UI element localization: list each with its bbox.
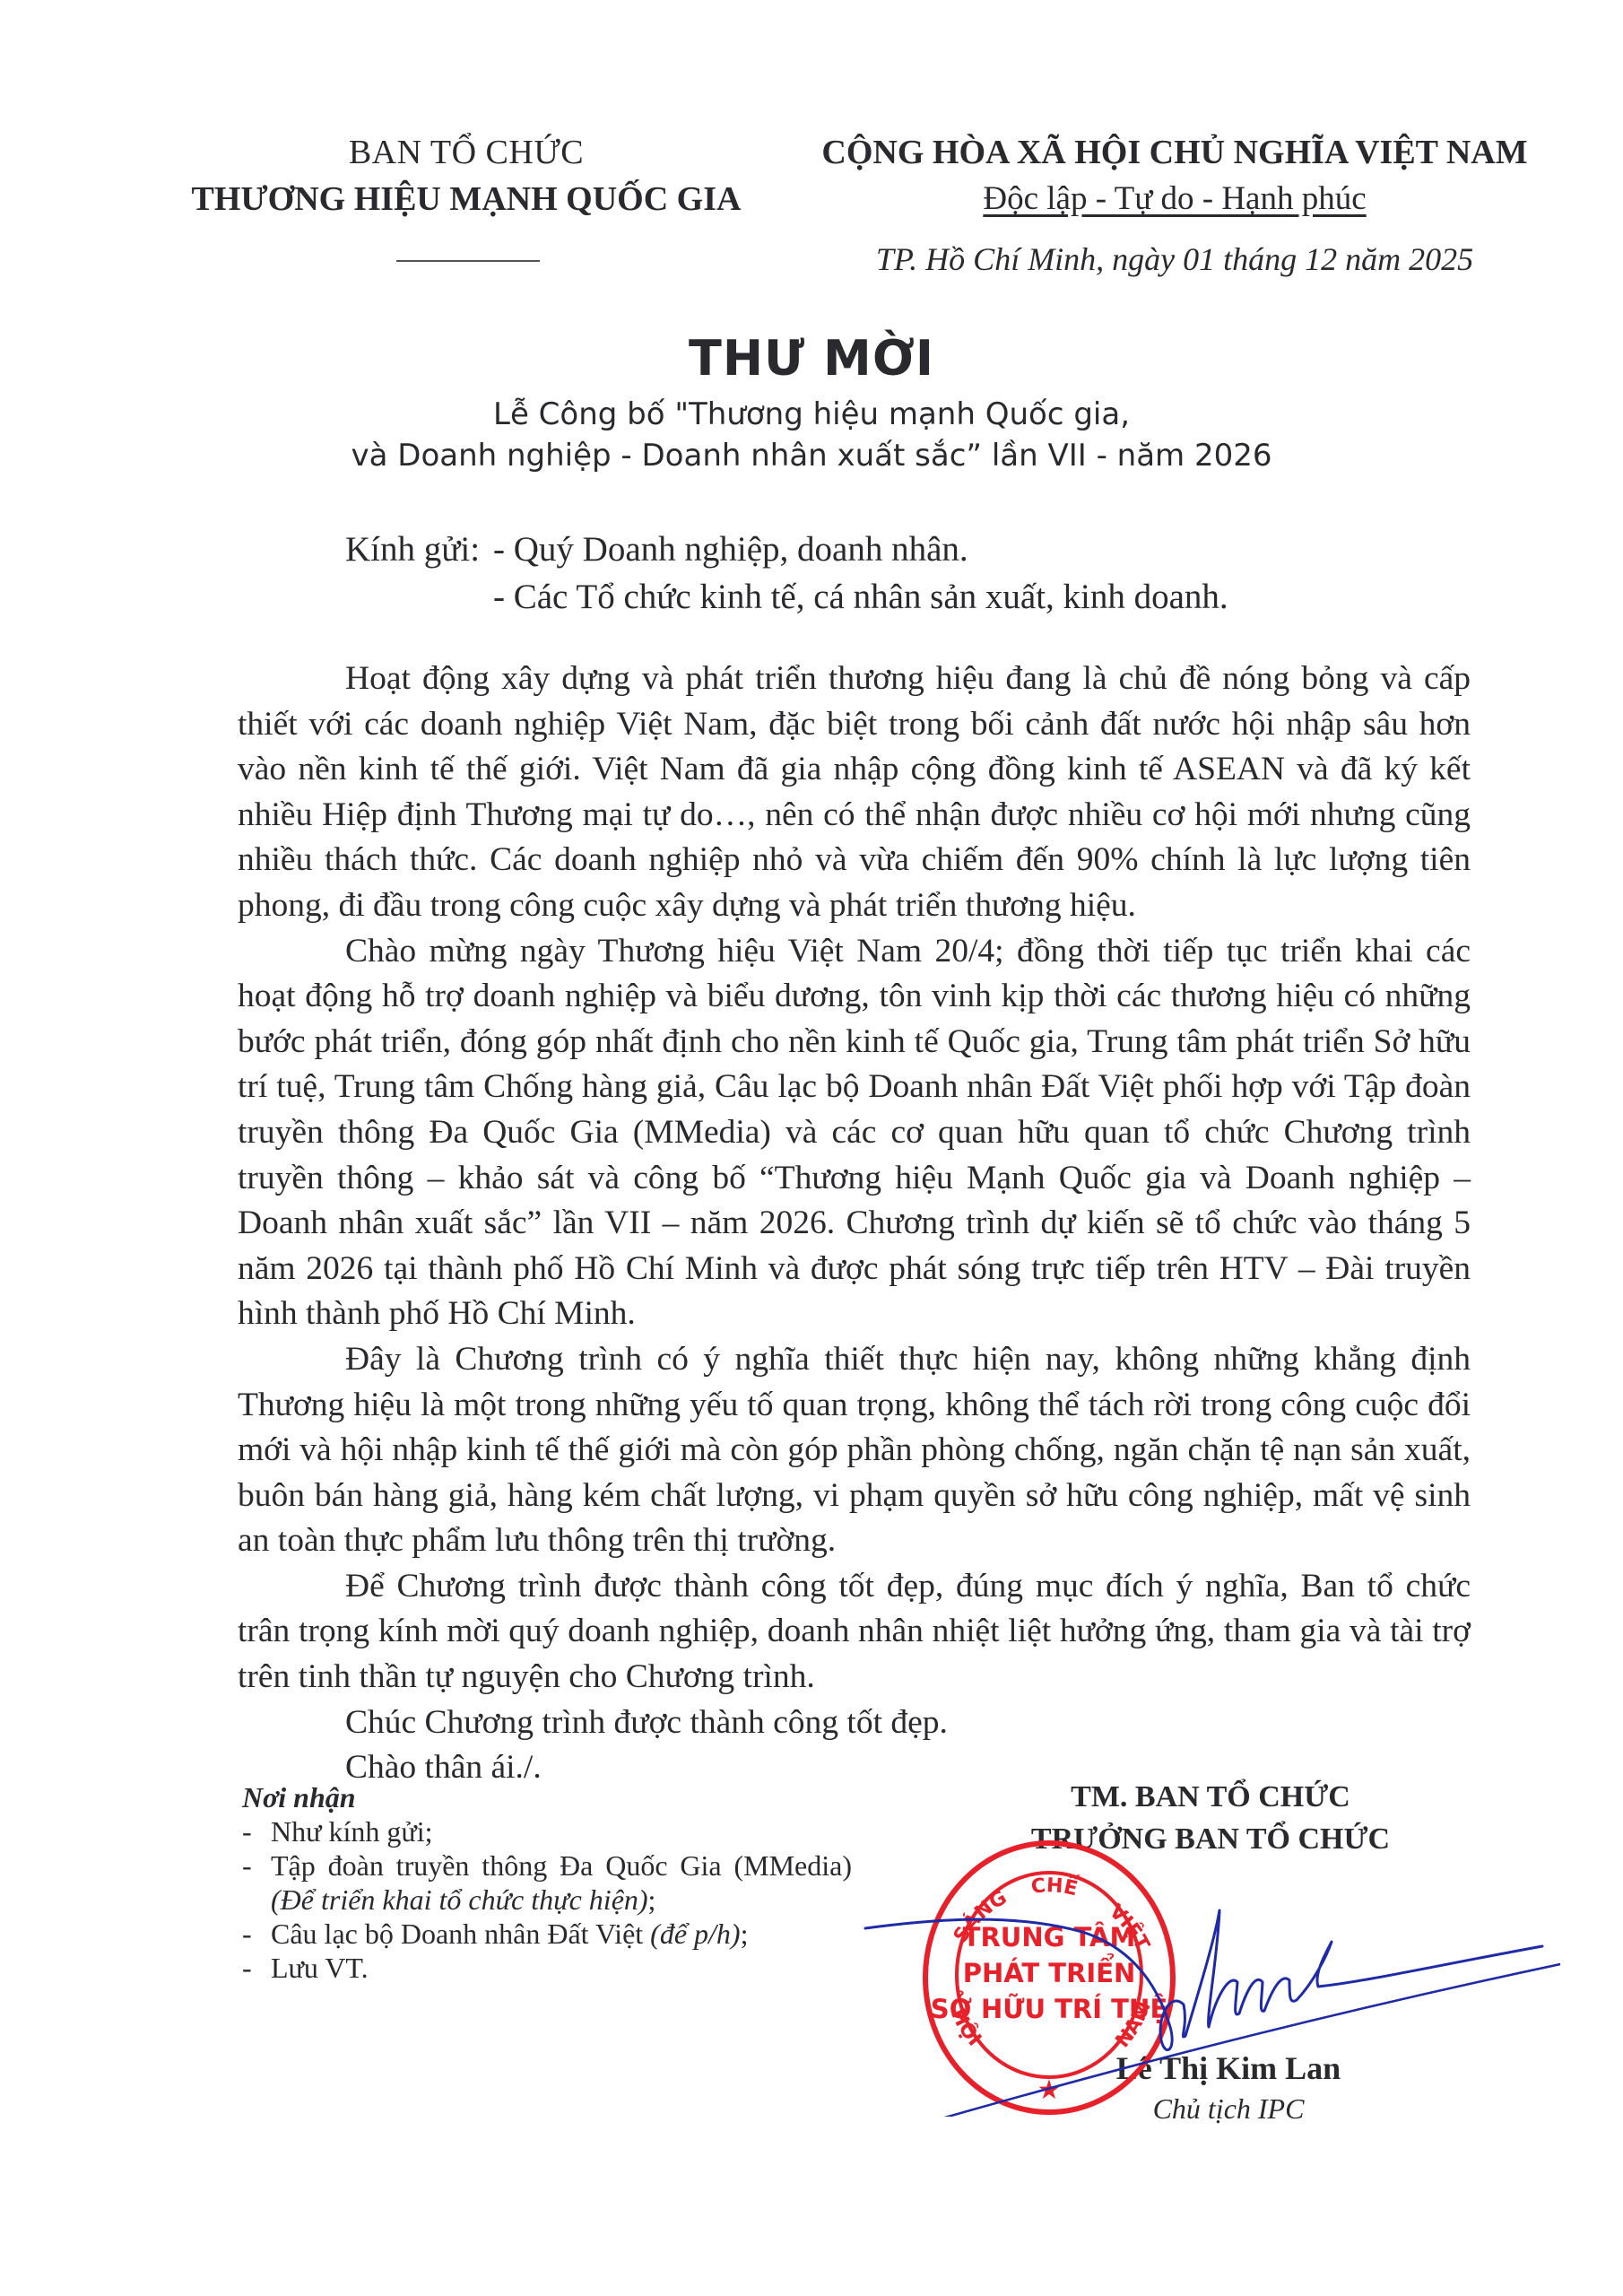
body-paragraph: Để Chương trình được thành công tốt đẹp,… bbox=[238, 1564, 1471, 1700]
recipient-tail: ; bbox=[741, 1918, 749, 1950]
list-dash: - bbox=[242, 1814, 271, 1848]
official-stamp: SÁNG CHẾ VIỆT HỘI NAM TRUNG TÂM PHÁT TRI… bbox=[915, 1830, 1184, 2117]
recipient-name: Tập đoàn truyền thông Đa Quốc Gia (MMedi… bbox=[271, 1849, 852, 1882]
place-date: TP. Hồ Chí Minh, ngày 01 tháng 12 năm 20… bbox=[816, 240, 1533, 278]
addressee-item: - Các Tổ chức kinh tế, cá nhân sản xuất,… bbox=[493, 577, 1228, 617]
recipient-text: Như kính gửi; bbox=[271, 1814, 852, 1848]
recipient-text: Câu lạc bộ Doanh nhân Đất Việt (để p/h); bbox=[271, 1917, 852, 1951]
stamp-center-line1: TRUNG TÂM bbox=[963, 1922, 1136, 1952]
organizer-line2: THƯƠNG HIỆU MẠNH QUỐC GIA bbox=[143, 179, 789, 219]
recipient-item: - Như kính gửi; bbox=[242, 1814, 852, 1848]
body-paragraph: Đây là Chương trình có ý nghĩa thiết thự… bbox=[238, 1337, 1471, 1564]
organizer-divider bbox=[396, 260, 540, 262]
recipient-note: (Để triển khai tổ chức thực hiện) bbox=[271, 1883, 648, 1916]
recipient-item: - Lưu VT. bbox=[242, 1951, 852, 1985]
stamp-star-icon: ★ bbox=[1037, 2074, 1062, 2106]
recipient-note: (để p/h) bbox=[650, 1918, 740, 1950]
stamp-center-line2: PHÁT TRIỂN bbox=[963, 1953, 1136, 1988]
nation-title: CỘNG HÒA XÃ HỘI CHỦ NGHĨA VIỆT NAM bbox=[816, 133, 1533, 172]
closing-wish: Chúc Chương trình được thành công tốt đẹ… bbox=[238, 1700, 1471, 1746]
signature-role-line1: TM. BAN TỔ CHỨC bbox=[959, 1780, 1462, 1814]
body-paragraph: Chào mừng ngày Thương hiệu Việt Nam 20/4… bbox=[238, 929, 1471, 1337]
national-motto: Độc lập - Tự do - Hạnh phúc bbox=[816, 179, 1533, 218]
recipient-name: Câu lạc bộ Doanh nhân Đất Việt bbox=[271, 1918, 650, 1950]
recipients-title: Nơi nhận bbox=[242, 1780, 852, 1814]
recipient-item: - Tập đoàn truyền thông Đa Quốc Gia (MMe… bbox=[242, 1848, 852, 1917]
list-dash: - bbox=[242, 1917, 271, 1951]
recipient-text: Tập đoàn truyền thông Đa Quốc Gia (MMedi… bbox=[271, 1848, 852, 1917]
body-paragraph: Hoạt động xây dựng và phát triển thương … bbox=[238, 657, 1471, 929]
addressee-label: Kính gửi: bbox=[345, 529, 480, 570]
recipients-block: Nơi nhận - Như kính gửi; - Tập đoàn truy… bbox=[242, 1780, 852, 1985]
addressee-item: - Quý Doanh nghiệp, doanh nhân. bbox=[493, 529, 968, 570]
document-subtitle-line2: và Doanh nghiệp - Doanh nhân xuất sắc” l… bbox=[0, 438, 1623, 474]
recipient-item: - Câu lạc bộ Doanh nhân Đất Việt (để p/h… bbox=[242, 1917, 852, 1951]
list-dash: - bbox=[242, 1951, 271, 1985]
organizer-line1: BAN TỔ CHỨC bbox=[143, 133, 789, 172]
document-subtitle-line1: Lễ Công bố "Thương hiệu mạnh Quốc gia, bbox=[0, 396, 1623, 432]
stamp-center-line3: SỞ HỮU TRÍ TUỆ bbox=[931, 1990, 1168, 2024]
document-title: THƯ MỜI bbox=[0, 330, 1623, 387]
letter-body: Hoạt động xây dựng và phát triển thương … bbox=[238, 657, 1471, 1791]
list-dash: - bbox=[242, 1848, 271, 1917]
recipient-tail: ; bbox=[648, 1883, 656, 1916]
recipient-text: Lưu VT. bbox=[271, 1951, 852, 1985]
